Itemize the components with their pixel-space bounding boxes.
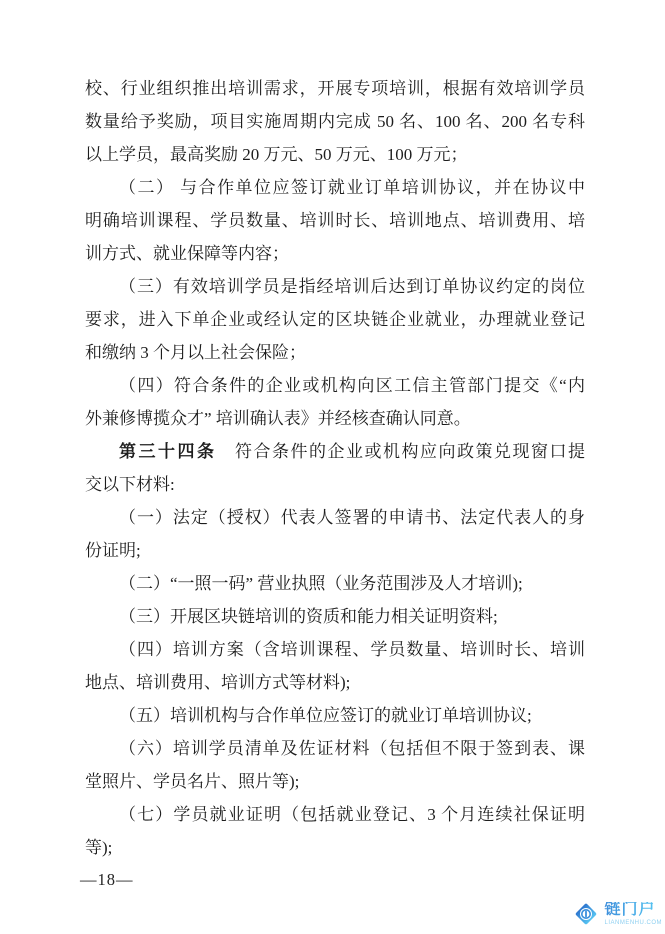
doc-line: （六）培训学员清单及佐证材料（包括但不限于签到表、课: [85, 732, 585, 765]
article-text: 符合条件的企业或机构应向政策兑现窗口提: [217, 442, 586, 461]
doc-line: 要求，进入下单企业或经认定的区块链企业就业，办理就业登记: [85, 303, 585, 336]
document-body: 校、行业组织推出培训需求，开展专项培训，根据有效培训学员 数量给予奖励，项目实施…: [85, 72, 585, 864]
doc-line: 和缴纳 3 个月以上社会保险；: [85, 336, 585, 369]
doc-line: 堂照片、学员名片、照片等);: [85, 765, 585, 798]
lianmenhu-logo-icon: [571, 899, 601, 929]
doc-line: （一）法定（授权）代表人签署的申请书、法定代表人的身: [85, 501, 585, 534]
article-number: 第三十四条: [119, 442, 217, 461]
doc-line: （五）培训机构与合作单位应签订的就业订单培训协议;: [85, 699, 585, 732]
doc-line: 训方式、就业保障等内容；: [85, 237, 585, 270]
doc-line: 交以下材料:: [85, 468, 585, 501]
doc-line: 明确培训课程、学员数量、培训时长、培训地点、培训费用、培: [85, 204, 585, 237]
doc-line-article-heading: 第三十四条 符合条件的企业或机构应向政策兑现窗口提: [85, 435, 585, 468]
logo-name: 链门户: [604, 902, 662, 918]
document-page: 校、行业组织推出培训需求，开展专项培训，根据有效培训学员 数量给予奖励，项目实施…: [0, 0, 665, 934]
doc-line: 数量给予奖励，项目实施周期内完成 50 名、100 名、200 名专科: [85, 105, 585, 138]
doc-line: 以上学员，最高奖励 20 万元、50 万元、100 万元；: [85, 138, 585, 171]
logo-domain: LIANMENHU.COM: [604, 920, 662, 926]
doc-line: （三）有效培训学员是指经培训后达到订单协议约定的岗位: [85, 270, 585, 303]
doc-line: （三）开展区块链培训的资质和能力相关证明资料;: [85, 600, 585, 633]
page-number: —18—: [80, 870, 134, 890]
doc-line: （四）培训方案（含培训课程、学员数量、培训时长、培训: [85, 633, 585, 666]
doc-line: 地点、培训费用、培训方式等材料);: [85, 666, 585, 699]
doc-line: 等);: [85, 831, 585, 864]
logo-text: 链门户 LIANMENHU.COM: [604, 902, 662, 926]
doc-line: （七）学员就业证明（包括就业登记、3 个月连续社保证明: [85, 798, 585, 831]
doc-line: 外兼修博揽众才” 培训确认表》并经核查确认同意。: [85, 402, 585, 435]
doc-line: 校、行业组织推出培训需求，开展专项培训，根据有效培训学员: [85, 72, 585, 105]
doc-line: （二）“一照一码” 营业执照（业务范围涉及人才培训);: [85, 567, 585, 600]
doc-line: 份证明;: [85, 534, 585, 567]
doc-line: （二） 与合作单位应签订就业订单培训协议，并在协议中: [85, 171, 585, 204]
doc-line: （四）符合条件的企业或机构向区工信主管部门提交《“内: [85, 369, 585, 402]
lianmenhu-watermark: 链门户 LIANMENHU.COM: [571, 899, 662, 929]
